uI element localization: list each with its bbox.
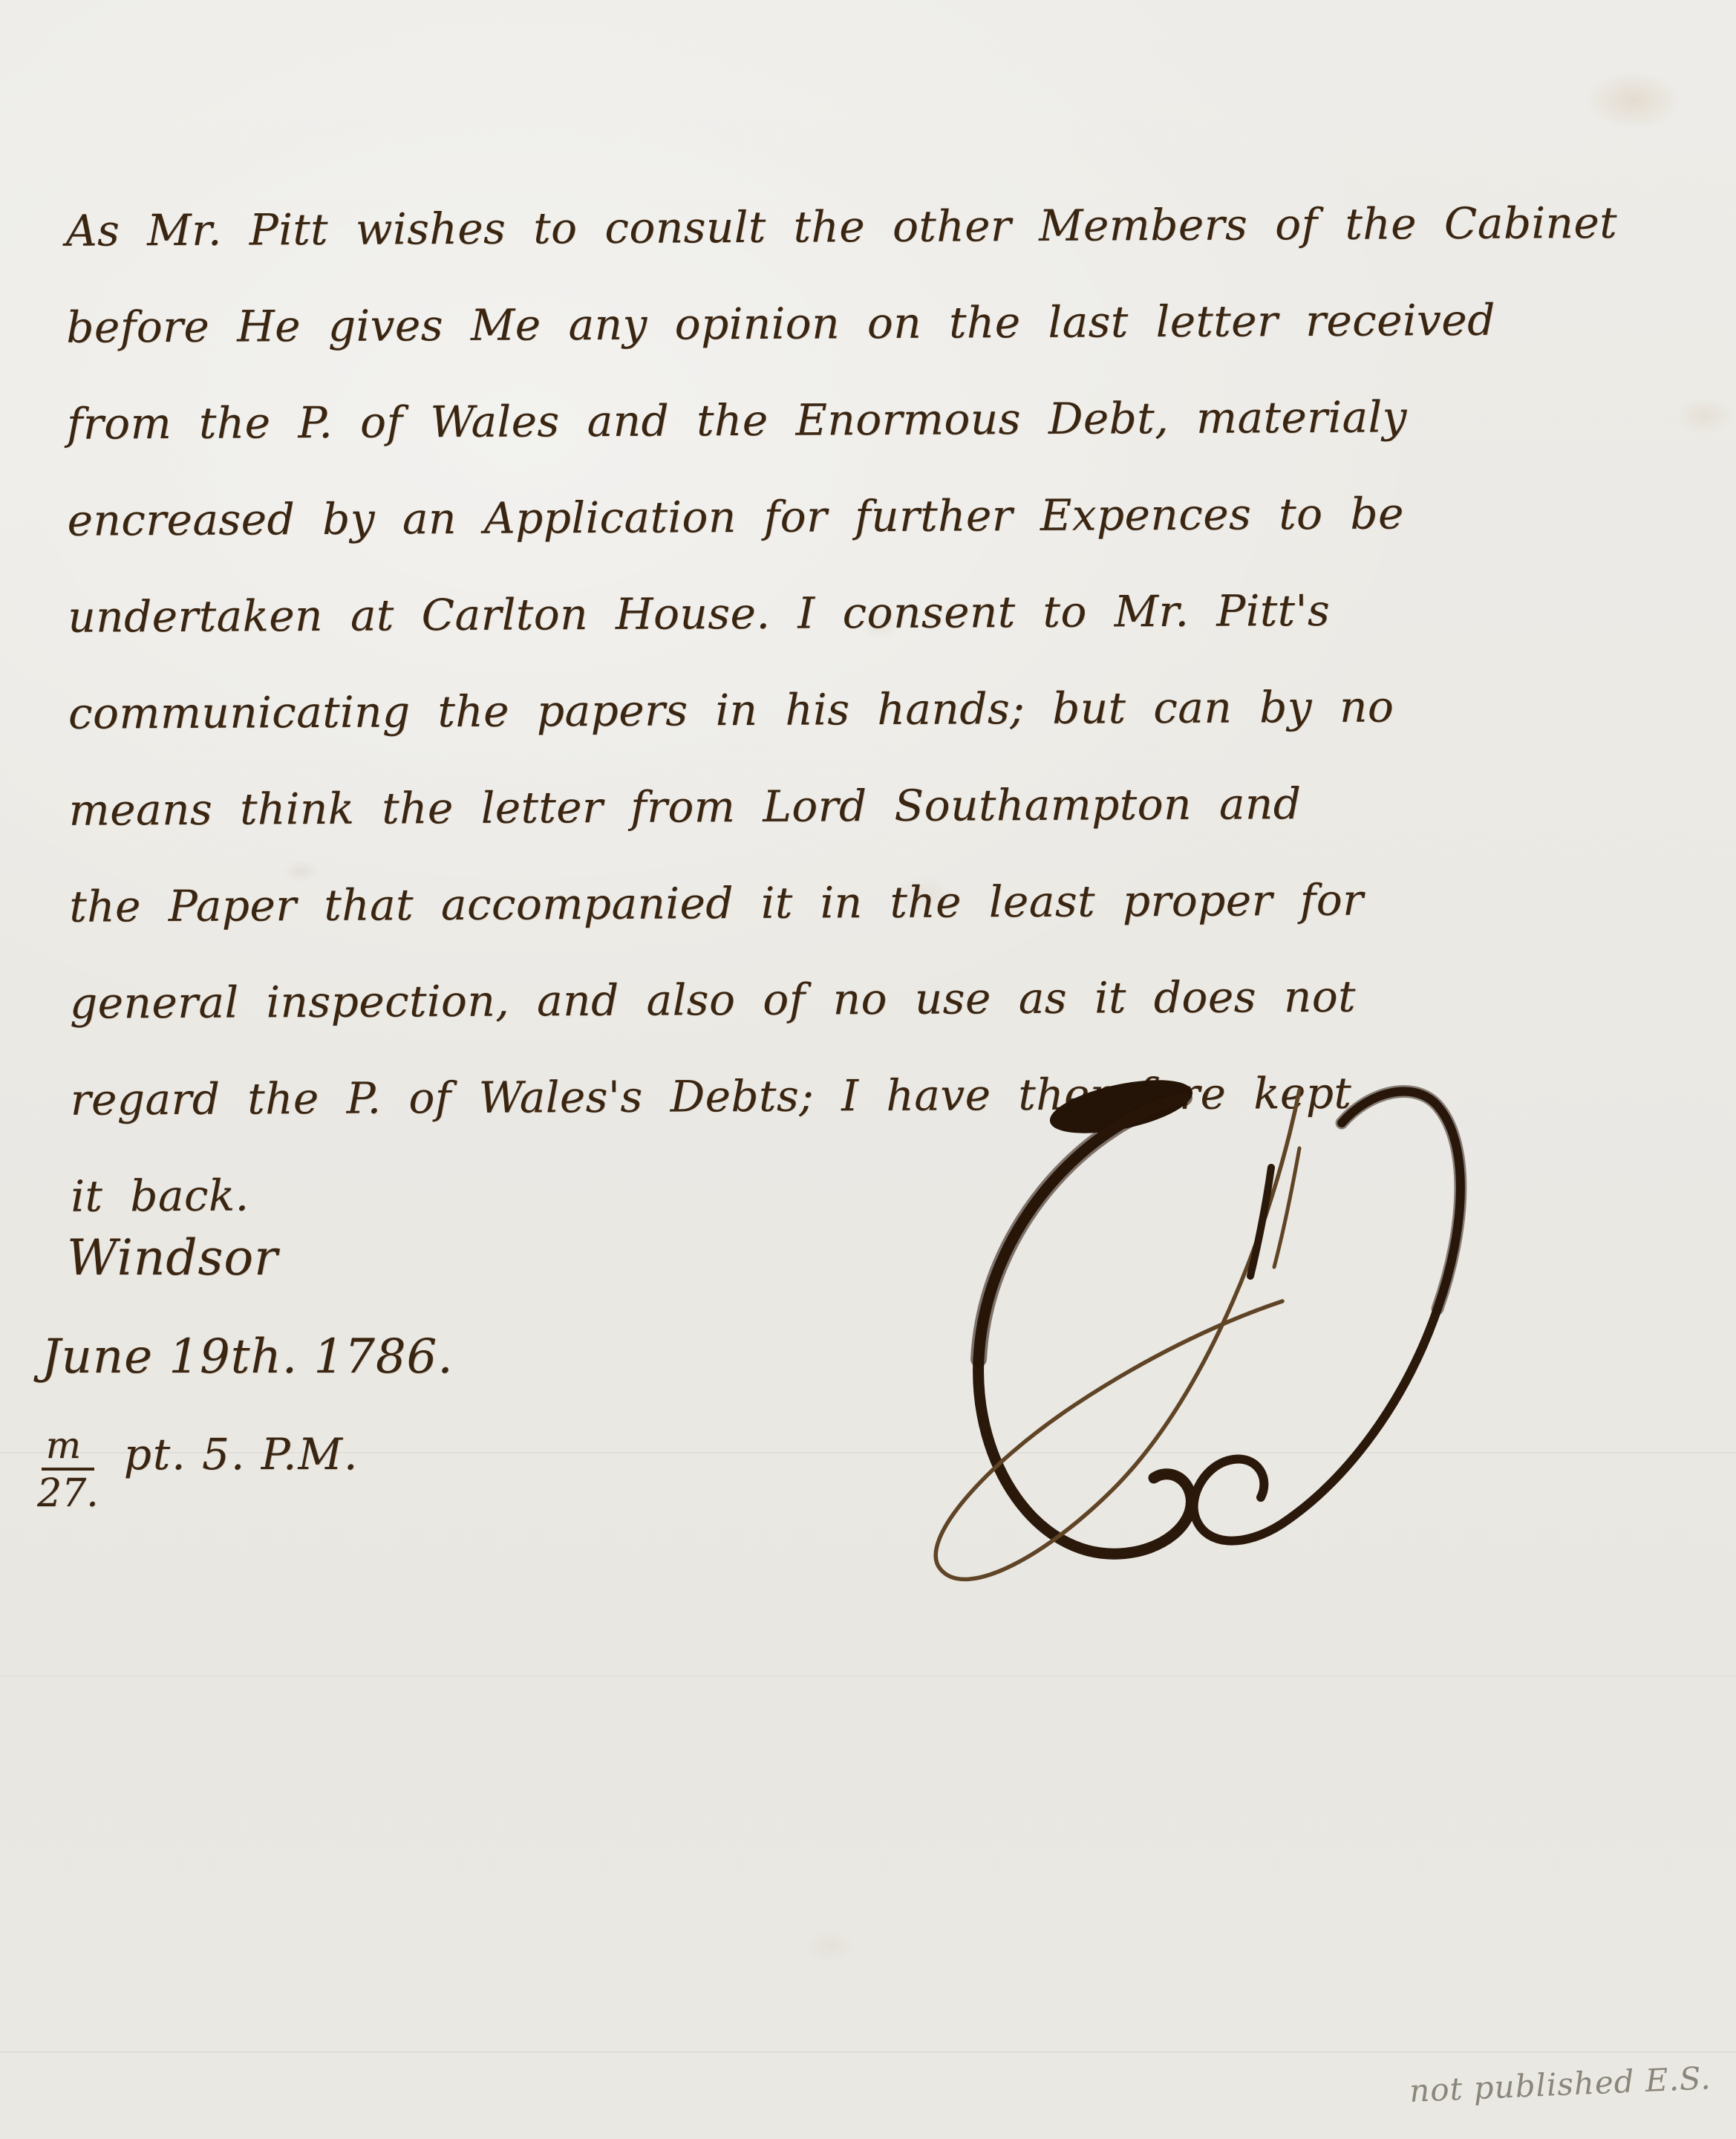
letter-line: As Mr. Pitt wishes to consult the other … <box>65 174 1692 279</box>
fold-crease-lower <box>0 2051 1736 2054</box>
place-line: Windsor <box>67 1229 278 1286</box>
time-docket-hour: pt. 5. P.M. <box>124 1429 359 1479</box>
letter-line: encreased by an Application for further … <box>67 463 1694 568</box>
time-docket-minutes-value: 27. <box>37 1471 99 1517</box>
letter-page: As Mr. Pitt wishes to consult the other … <box>0 0 1736 2139</box>
time-docket: m 27. pt. 5. P.M. <box>37 1425 359 1517</box>
letter-line: communicating the papers in his hands; b… <box>68 657 1695 761</box>
letter-line: before He gives Me any opinion on the la… <box>66 270 1693 375</box>
time-docket-minutes-label: m <box>42 1425 94 1471</box>
letter-line: the Paper that accompanied it in the lea… <box>69 850 1696 954</box>
gr-monogram-icon <box>895 1077 1489 1608</box>
letter-line: means think the letter from Lord Southam… <box>68 753 1695 858</box>
date-line: June 19th. 1786. <box>42 1329 454 1384</box>
letter-line: from the P. of Wales and the Enormous De… <box>67 367 1694 472</box>
royal-monogram-signature <box>895 1077 1489 1608</box>
archivist-pencil-annotation: not published E.S. <box>1409 2060 1711 2109</box>
letter-line: undertaken at Carlton House. I consent t… <box>68 560 1694 665</box>
fold-crease-middle <box>0 1676 1736 1679</box>
letter-line: general inspection, and also of no use a… <box>70 946 1697 1051</box>
time-docket-fraction: m 27. <box>37 1425 99 1517</box>
